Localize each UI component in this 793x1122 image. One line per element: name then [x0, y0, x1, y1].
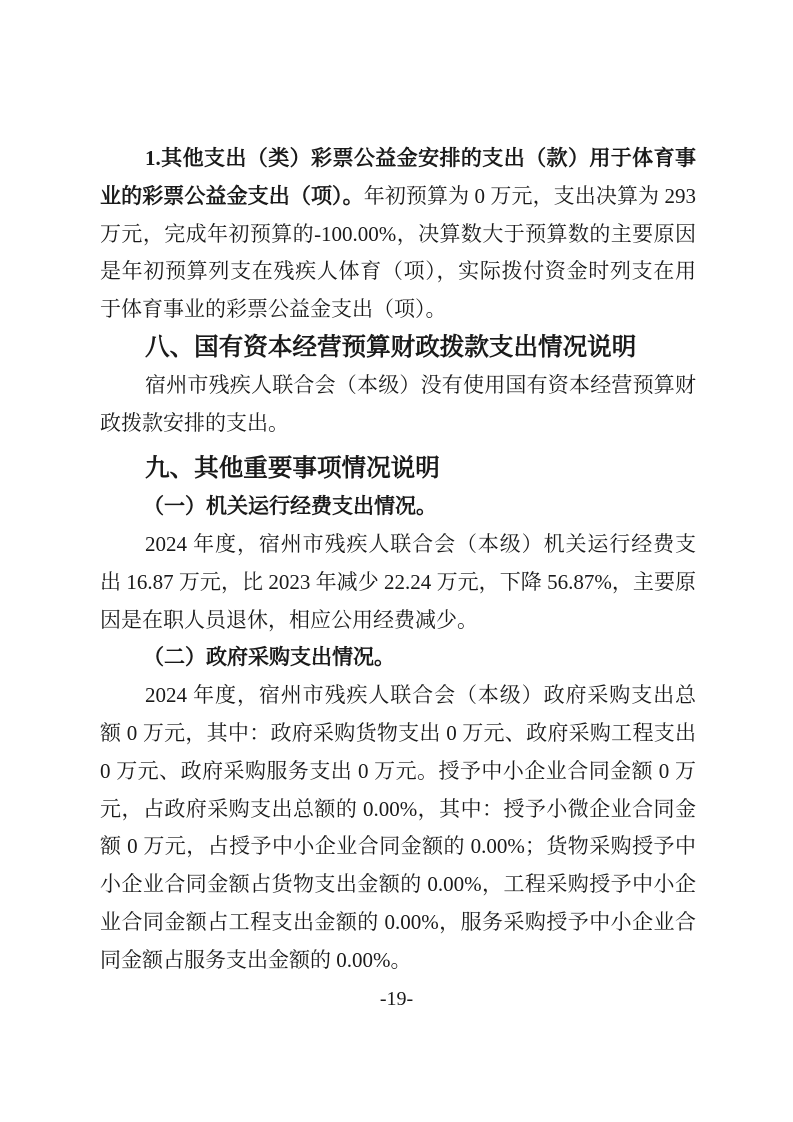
- section-9-sub-2-body: 2024 年度，宿州市残疾人联合会（本级）政府采购支出总额 0 万元，其中：政府…: [100, 677, 696, 979]
- section-9-sub-1-heading: （一）机关运行经费支出情况。: [100, 488, 696, 526]
- section-8-heading: 八、国有资本经营预算财政拨款支出情况说明: [100, 329, 696, 367]
- section-9-sub-2-heading: （二）政府采购支出情况。: [100, 639, 696, 677]
- document-page: 1.其他支出（类）彩票公益金安排的支出（款）用于体育事业的彩票公益金支出（项）。…: [0, 0, 793, 1122]
- section-9-heading: 九、其他重要事项情况说明: [100, 450, 696, 488]
- page-number: -19-: [0, 986, 793, 1012]
- paragraph-lottery-sport-expenditure: 1.其他支出（类）彩票公益金安排的支出（款）用于体育事业的彩票公益金支出（项）。…: [100, 140, 696, 329]
- section-9-sub-1-body: 2024 年度，宿州市残疾人联合会（本级）机关运行经费支出 16.87 万元，比…: [100, 526, 696, 639]
- document-body: 1.其他支出（类）彩票公益金安排的支出（款）用于体育事业的彩票公益金支出（项）。…: [100, 140, 696, 980]
- section-8-body: 宿州市残疾人联合会（本级）没有使用国有资本经营预算财政拨款安排的支出。: [100, 367, 696, 443]
